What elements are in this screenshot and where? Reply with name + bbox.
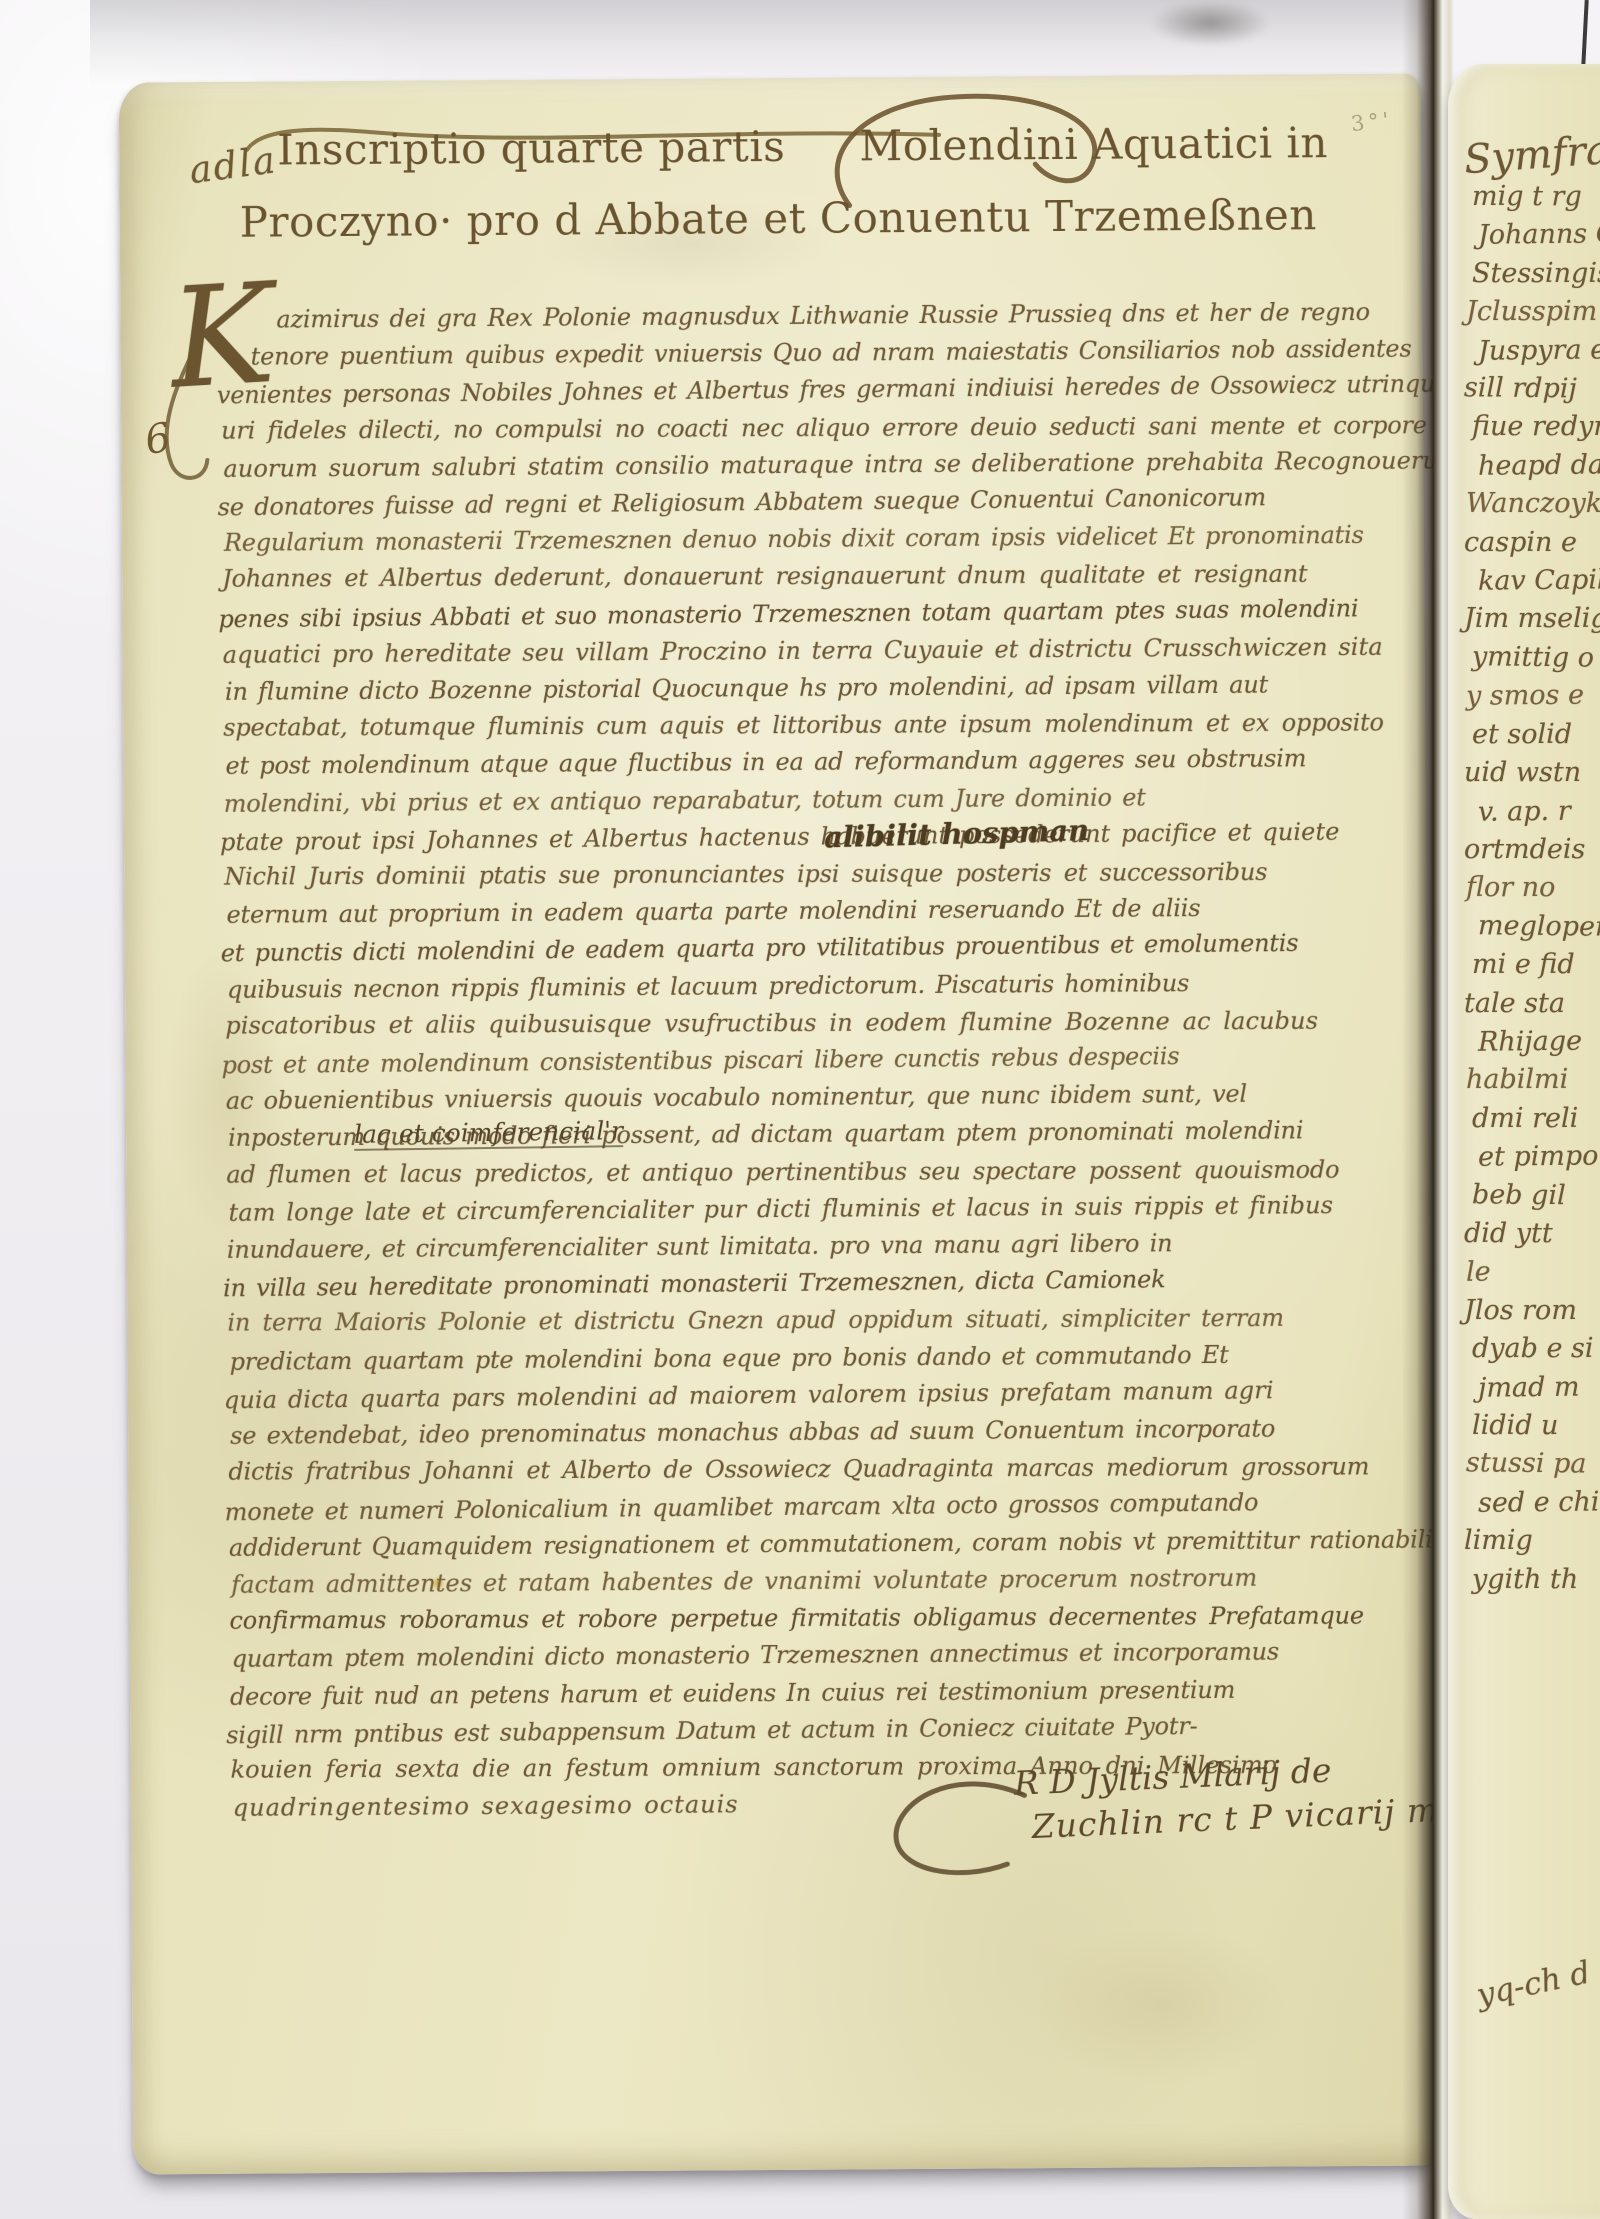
facing-line-fragment: Jlos rom xyxy=(1464,1292,1600,1330)
facing-line-fragment: kav Capil xyxy=(1478,561,1600,601)
facing-line-fragment: et solid xyxy=(1472,716,1600,754)
manuscript-scan: adla 3°' Inscriptio quarte partis Molend… xyxy=(0,0,1600,2219)
facing-line-fragment: le xyxy=(1466,1253,1600,1293)
facing-line-fragment: Wanczoyka xyxy=(1466,485,1600,523)
manuscript-line: uri fideles dilecti, no compulsi no coac… xyxy=(221,408,1251,450)
margin-flourish: 6 xyxy=(141,414,174,464)
facing-line-fragment: ymittig o xyxy=(1472,638,1600,678)
facing-line-fragment: uid wstn xyxy=(1464,754,1600,792)
facing-lower-fragment: yq-ch d xyxy=(1474,1954,1594,2013)
facing-line-fragment: jmad m xyxy=(1478,1368,1600,1408)
facing-line-fragment: heapd da xyxy=(1478,446,1600,486)
facing-line-fragment: limig xyxy=(1464,1522,1600,1560)
manuscript-line: quibusuis necnon rippis fluminis et lacu… xyxy=(227,964,1257,1008)
manuscript-line: quartam ptem molendini dicto monasterio … xyxy=(232,1634,1262,1678)
facing-line-fragment: dmi reli xyxy=(1472,1100,1600,1138)
facing-line-fragment: stussi pa xyxy=(1466,1445,1600,1485)
manuscript-line: ad flumen et lacus predictos, et antiquo… xyxy=(226,1152,1256,1194)
facing-line-fragment: Jclusspim xyxy=(1466,293,1600,331)
facing-line-fragment: Symfra xyxy=(1463,127,1600,183)
manuscript-body: azimirus dei gra Rex Polonie magnusdux L… xyxy=(220,295,1261,1827)
binding-shadow xyxy=(1150,0,1270,46)
facing-page-edge: Symframig t rgJohanns CostStessingis dJc… xyxy=(1448,64,1600,2219)
heading-line-2: Proczyno· pro d Abbate et Conuentu Trzem… xyxy=(240,190,1317,247)
caret-insertion: lac et coimferencial'r xyxy=(354,1116,623,1151)
manuscript-line: Nichil Juris dominii ptatis sue pronunci… xyxy=(224,854,1254,896)
facing-line-fragment: dyab e si xyxy=(1472,1330,1600,1368)
facing-line-fragment: fiue redym xyxy=(1472,408,1600,446)
manuscript-line: in flumine dicto Bozenne pistorial Quocu… xyxy=(225,667,1255,711)
facing-line-fragment: sed e chi xyxy=(1478,1483,1600,1523)
age-stain xyxy=(1032,1924,1293,2086)
facing-line-fragment: ygith th xyxy=(1472,1561,1600,1599)
facing-line-fragment: et pimpo xyxy=(1478,1137,1600,1177)
manuscript-line: et post molendinum atque aque fluctibus … xyxy=(225,741,1255,785)
margin-note-adla: adla xyxy=(187,138,279,192)
facing-line-fragment: flor no xyxy=(1466,869,1600,907)
manuscript-line: in terra Maioris Polonie et districtu Gn… xyxy=(227,1300,1257,1342)
facing-line-fragment: Stessingis d xyxy=(1472,255,1600,293)
facing-line-fragment: did ytt xyxy=(1464,1215,1600,1253)
facing-line-fragment: y smos e xyxy=(1466,677,1600,717)
manuscript-line: factam admittentes et ratam habentes de … xyxy=(231,1560,1261,1604)
manuscript-line: tam longe late et circumferencialiter pu… xyxy=(228,1188,1258,1232)
facing-line-fragment: Juspyra e xyxy=(1478,331,1600,371)
chancery-signature: R D Jyltis Mlarij de Zuchlin rc t P vica… xyxy=(1013,1744,1440,1850)
left-page: adla 3°' Inscriptio quarte partis Molend… xyxy=(119,73,1436,2174)
manuscript-line: azimirus dei gra Rex Polonie magnusdux L… xyxy=(222,295,1252,339)
facing-line-fragment: mi e fid xyxy=(1472,946,1600,984)
facing-line-fragment: Jim mselig xyxy=(1464,600,1600,638)
facing-page-text: Symframig t rgJohanns CostStessingis dJc… xyxy=(1464,132,1600,1599)
manuscript-line: se extendebat, ideo prenominatus monachu… xyxy=(230,1411,1260,1455)
facing-line-fragment: habilmi xyxy=(1466,1061,1600,1099)
facing-line-fragment: ortmdeis xyxy=(1464,831,1600,869)
facing-line-fragment: Rhijage xyxy=(1478,1022,1600,1062)
facing-line-fragment: beb gil xyxy=(1472,1176,1600,1216)
facing-line-fragment: lidid u xyxy=(1472,1407,1600,1445)
facing-line-fragment: tale sta xyxy=(1464,985,1600,1023)
book-gutter xyxy=(1402,0,1454,2219)
heading-part-left: Inscriptio quarte partis xyxy=(277,122,785,175)
heading-line-1: Inscriptio quarte partis Molendini Aquat… xyxy=(277,118,1328,174)
facing-line-fragment: caspin e xyxy=(1464,524,1600,562)
heading-part-right: Molendini Aquatici in xyxy=(859,118,1328,170)
manuscript-line: confirmamus roboramus et robore perpetue… xyxy=(229,1598,1259,1640)
facing-line-fragment: Johanns Cost xyxy=(1478,216,1600,256)
facing-line-fragment: meglopem xyxy=(1478,907,1600,947)
manuscript-line: Regularium monasterii Trzemesznen denuo … xyxy=(224,518,1254,562)
facing-line-fragment: v. ap. r xyxy=(1478,792,1600,832)
facing-line-fragment: mig t rg xyxy=(1472,178,1600,216)
scan-edge-line xyxy=(1581,0,1588,66)
folio-mark: 3°' xyxy=(1350,108,1394,136)
facing-line-fragment: sill rdpij xyxy=(1464,369,1600,409)
manuscript-line: spectabat, totumque fluminis cum aquis e… xyxy=(223,705,1253,747)
